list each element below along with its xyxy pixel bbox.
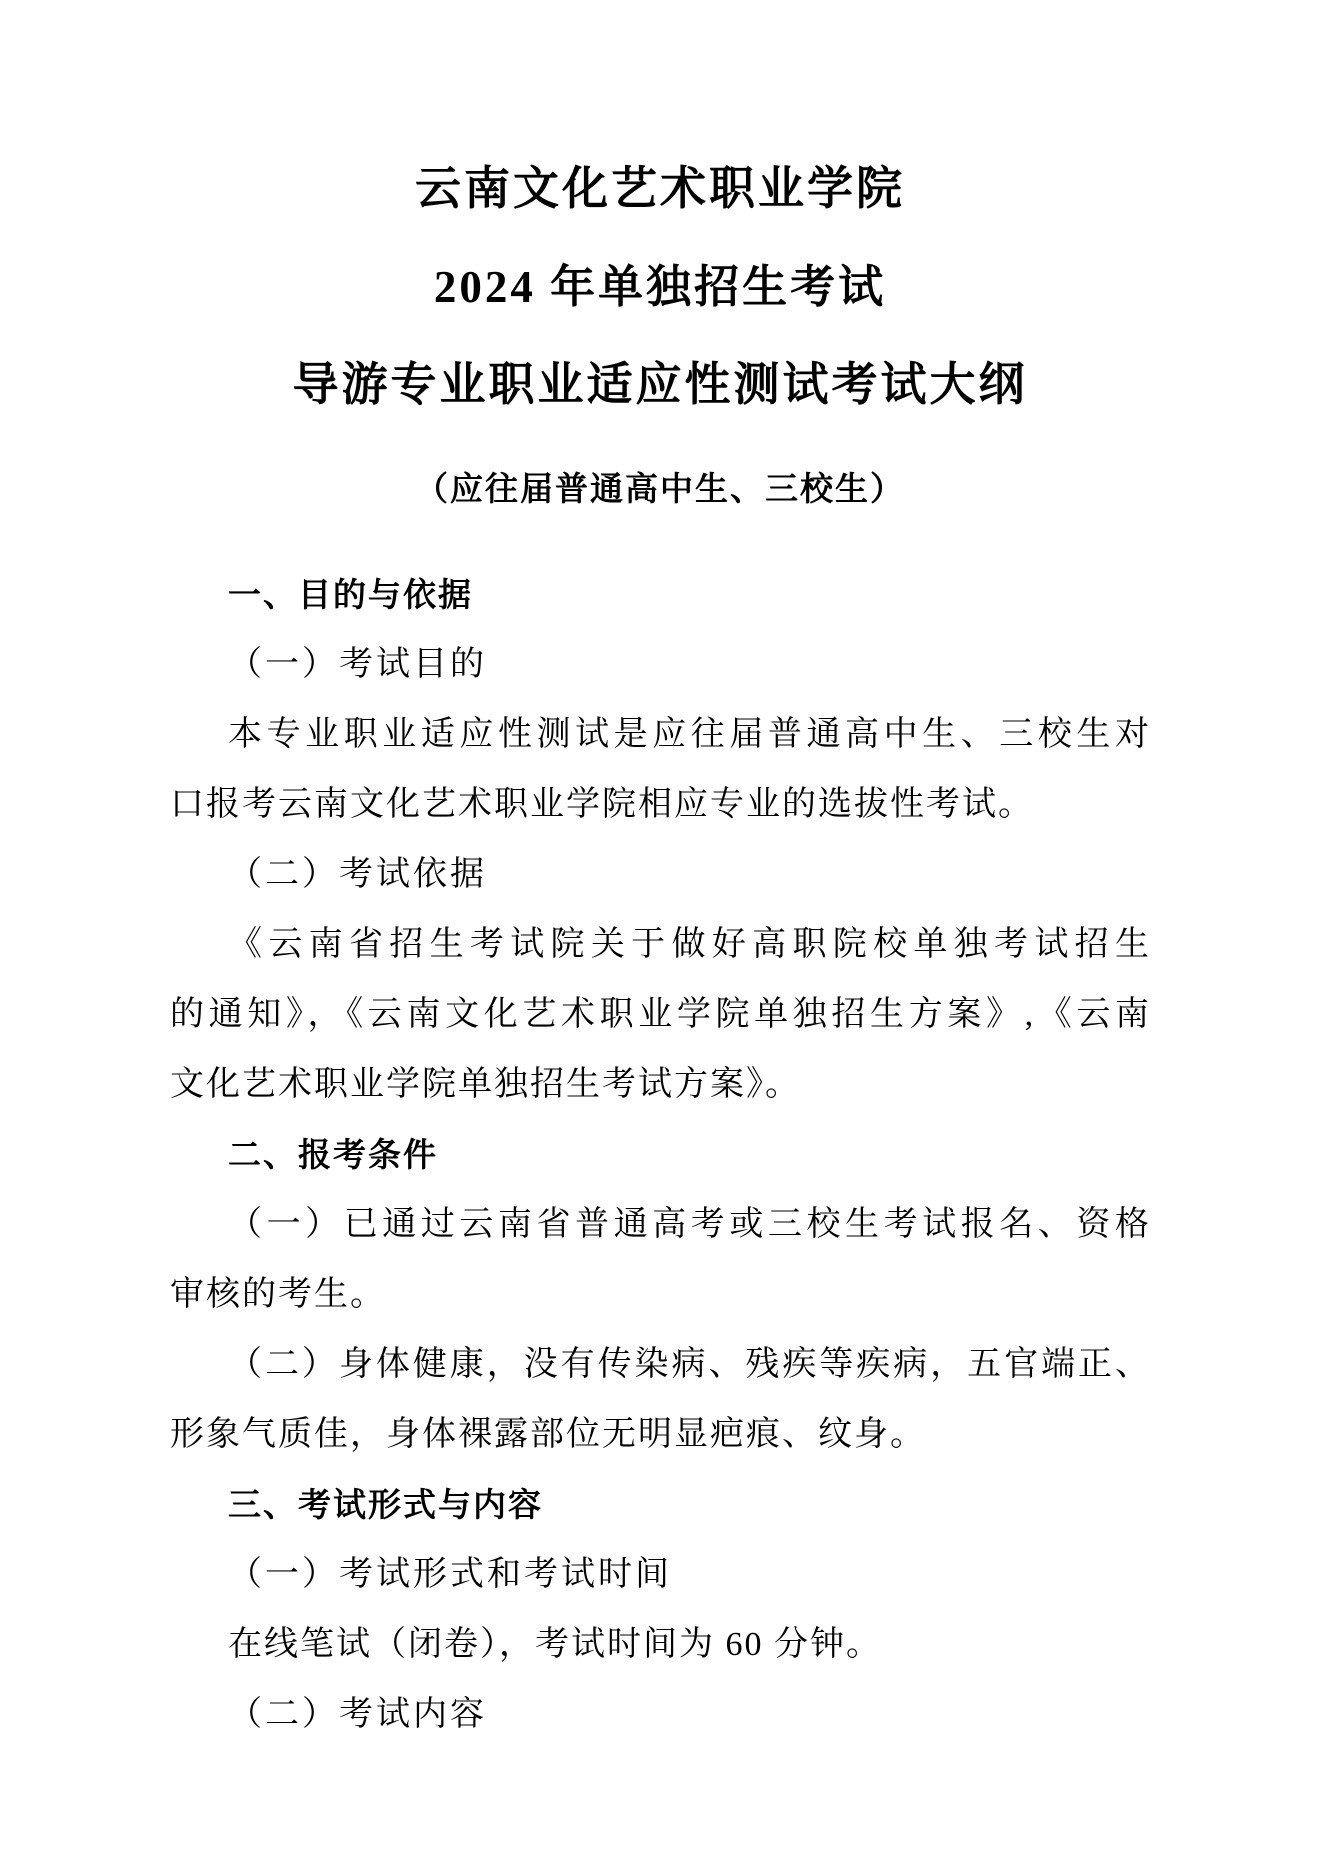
document-page: 云南文化艺术职业学院 2024 年单独招生考试 导游专业职业适应性测试考试大纲 … xyxy=(0,0,1323,1871)
paragraph-line: （二）身体健康，没有传染病、残疾等疾病，五官端正、 xyxy=(170,1330,1150,1400)
paragraph-line: 《云南省招生考试院关于做好高职院校单独考试招生 xyxy=(170,910,1150,980)
subsection-label: （一）考试形式和考试时间 xyxy=(170,1540,1150,1610)
paragraph-line: 形象气质佳，身体裸露部位无明显疤痕、纹身。 xyxy=(170,1400,1150,1470)
subsection-label: （二）考试内容 xyxy=(170,1680,1150,1750)
paragraph-line: 本专业职业适应性测试是应往届普通高中生、三校生对 xyxy=(170,700,1150,770)
subsection-label: （二）考试依据 xyxy=(170,840,1150,910)
doc-title-line-3: 导游专业职业适应性测试考试大纲 xyxy=(170,336,1150,434)
section-heading-3: 三、考试形式与内容 xyxy=(170,1470,1150,1540)
doc-title-line-1: 云南文化艺术职业学院 xyxy=(170,140,1150,238)
document-body: 一、目的与依据 （一）考试目的 本专业职业适应性测试是应往届普通高中生、三校生对… xyxy=(170,560,1150,1750)
section-heading-2: 二、报考条件 xyxy=(170,1120,1150,1190)
paragraph-line: 文化艺术职业学院单独招生考试方案》。 xyxy=(170,1050,1150,1120)
section-heading-1: 一、目的与依据 xyxy=(170,560,1150,630)
doc-title-line-2: 2024 年单独招生考试 xyxy=(170,238,1150,336)
paragraph-line: （一）已通过云南省普通高考或三校生考试报名、资格 xyxy=(170,1190,1150,1260)
paragraph-line: 口报考云南文化艺术职业学院相应专业的选拔性考试。 xyxy=(170,770,1150,840)
paragraph-line: 的通知》，《云南文化艺术职业学院单独招生方案》,《云南 xyxy=(170,980,1150,1050)
paragraph-line: 审核的考生。 xyxy=(170,1260,1150,1330)
paragraph-line: 在线笔试（闭卷），考试时间为 60 分钟。 xyxy=(170,1610,1150,1680)
subsection-label: （一）考试目的 xyxy=(170,630,1150,700)
doc-subtitle: （应往届普通高中生、三校生） xyxy=(170,462,1150,518)
